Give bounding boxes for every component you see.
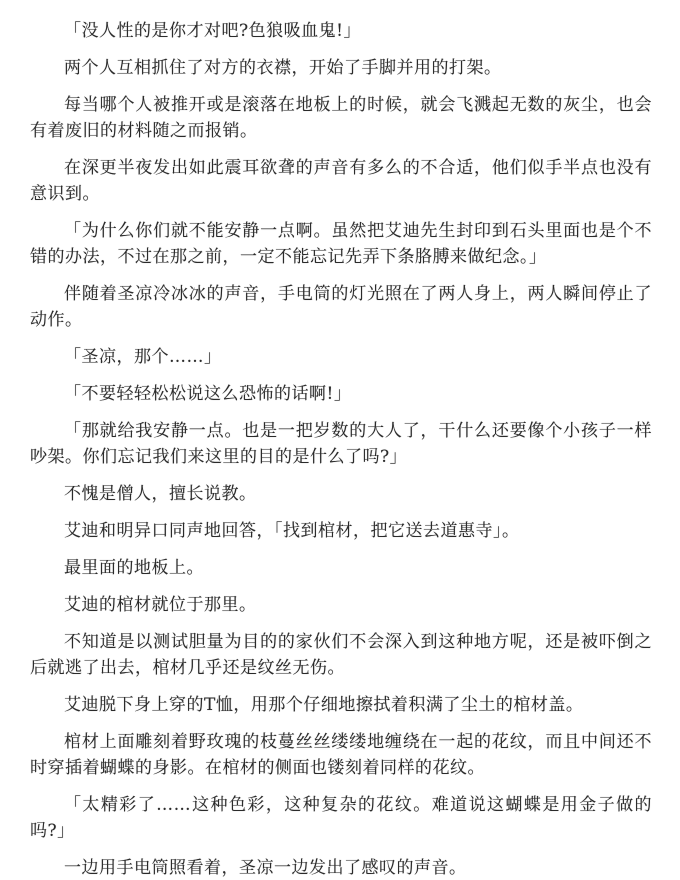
paragraph: 在深更半夜发出如此震耳欲聋的声音有多么的不合适，他们似手半点也没有意识到。 — [30, 155, 652, 207]
paragraph: 棺材上面雕刻着野玫瑰的枝蔓丝丝缕缕地缠绕在一起的花纹，而且中间还不时穿插着蝴蝶的… — [30, 729, 652, 781]
paragraph: 「圣凉，那个……」 — [30, 344, 652, 370]
paragraph: 艾迪脱下身上穿的T恤，用那个仔细地擦拭着积满了尘土的棺材盖。 — [30, 692, 652, 718]
document-page: 「没人性的是你才对吧?色狼吸血鬼!」两个人互相抓住了对方的衣襟，开始了手脚并用的… — [0, 0, 680, 880]
paragraph: 两个人互相抓住了对方的衣襟，开始了手脚并用的打架。 — [30, 55, 652, 81]
paragraph: 最里面的地板上。 — [30, 555, 652, 581]
paragraph: 艾迪的棺材就位于那里。 — [30, 592, 652, 618]
paragraph: 不知道是以测试胆量为目的的家伙们不会深入到这种地方呢，还是被吓倒之后就逃了出去，… — [30, 629, 652, 681]
paragraph: 艾迪和明异口同声地回答，「找到棺材，把它送去道惠寺」。 — [30, 518, 652, 544]
paragraph: 「为什么你们就不能安静一点啊。虽然把艾迪先生封印到石头里面也是个不错的办法，不过… — [30, 218, 652, 270]
paragraph: 一边用手电筒照看着，圣凉一边发出了感叹的声音。 — [30, 855, 652, 880]
paragraph: 「那就给我安静一点。也是一把岁数的大人了，干什么还要像个小孩子一样吵架。你们忘记… — [30, 418, 652, 470]
paragraph: 「太精彩了……这种色彩，这种复杂的花纹。难道说这蝴蝶是用金子做的吗?」 — [30, 792, 652, 844]
paragraph: 伴随着圣凉冷冰冰的声音，手电筒的灯光照在了两人身上，两人瞬间停止了动作。 — [30, 281, 652, 333]
paragraph: 「没人性的是你才对吧?色狼吸血鬼!」 — [30, 18, 652, 44]
paragraph: 不愧是僧人，擅长说教。 — [30, 481, 652, 507]
paragraph: 每当哪个人被推开或是滚落在地板上的时候，就会飞溅起无数的灰尘，也会有着废旧的材料… — [30, 92, 652, 144]
paragraph: 「不要轻轻松松说这么恐怖的话啊!」 — [30, 381, 652, 407]
text-body: 「没人性的是你才对吧?色狼吸血鬼!」两个人互相抓住了对方的衣襟，开始了手脚并用的… — [30, 18, 652, 880]
